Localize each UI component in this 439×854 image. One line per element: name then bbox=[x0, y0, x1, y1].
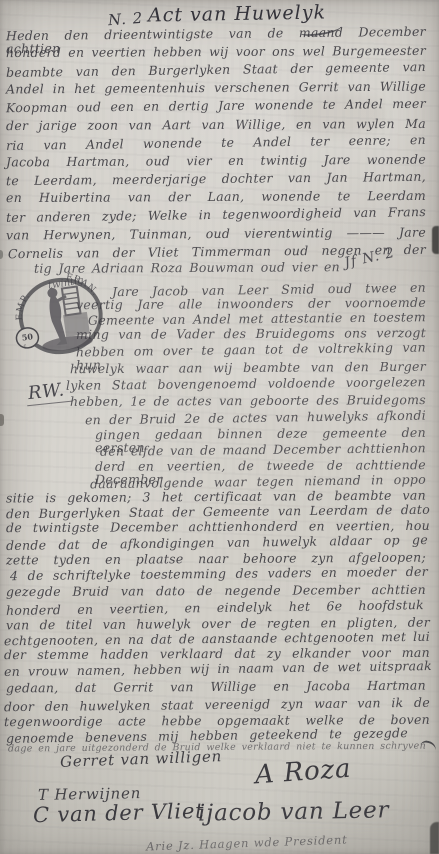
document-line: ter anderen zyde; Welke in tegenwoordigh… bbox=[6, 205, 426, 224]
signature: ijacob van Leer bbox=[198, 797, 390, 826]
document-line: beambte van den Burgerlyken Staat der ge… bbox=[6, 60, 426, 79]
pen-flourish bbox=[419, 739, 438, 756]
document-line: honderd en veertien hebben wij voor ons … bbox=[6, 44, 426, 59]
scan-edge-artifact bbox=[430, 822, 439, 854]
document-line: huwelyk waar aan wij beambte van den Bur… bbox=[70, 360, 426, 375]
document-line: Jacoba Hartman, oud vier en twintig Jare… bbox=[6, 153, 426, 169]
document-line: en Huibertina van der Laan, wonende te L… bbox=[6, 189, 426, 204]
scan-edge-artifact bbox=[0, 250, 3, 259]
marriage-act-document: N. 2 Act van Huwelyk Heden den drieentwi… bbox=[0, 0, 439, 854]
document-line: Andel in het gemeentenhuis verschenen Ge… bbox=[6, 80, 426, 96]
document-line: Gemeente van Andel met attestantie en to… bbox=[88, 310, 426, 327]
document-line: en der Bruid 2e de actes van huwelyks af… bbox=[85, 409, 426, 427]
document-line: gedaan, dat Gerrit van Willige en Jacoba… bbox=[6, 679, 426, 695]
document-line: lyken Staat bovengenoemd voldoende voorg… bbox=[66, 375, 426, 392]
document-line: de twintigste December achttienhonderd e… bbox=[6, 519, 430, 534]
document-title: Act van Huwelyk bbox=[148, 1, 326, 26]
document-line: ming van de Vader des Bruidegoms ons ver… bbox=[76, 326, 426, 341]
document-line: ria van Andel wonende te Andel ter eenre… bbox=[6, 133, 426, 152]
clerk-paraph: RW. bbox=[25, 379, 72, 407]
stamp-denomination: 50 bbox=[21, 331, 34, 343]
signature: Arie Jz. Haagen wde President bbox=[146, 832, 348, 853]
document-line: gezegde Bruid van dato de negende Decemb… bbox=[6, 583, 426, 598]
document-line: der jarige zoon van Aart van Willige, en… bbox=[6, 117, 426, 132]
document-line: van Herwynen, Tuinman, oud vierentwintig… bbox=[6, 226, 426, 242]
document-line: 4 de schriftelyke toestemming des vaders… bbox=[10, 565, 428, 582]
signature: A Roza bbox=[254, 754, 352, 791]
document-line: hebben, 1e de actes van geboorte des Bru… bbox=[70, 393, 426, 408]
scan-edge-artifact bbox=[432, 226, 439, 254]
document-line: te Leerdam, meerderjarige dochter van Ja… bbox=[6, 170, 426, 187]
scan-edge-artifact bbox=[0, 414, 4, 426]
document-line: Koopman oud een en dertig Jare wonende t… bbox=[6, 97, 426, 114]
document-line: en vrouw namen, hebben wij in naam van d… bbox=[4, 659, 432, 678]
document-line: den elfde van de maand December achttien… bbox=[100, 441, 426, 457]
signature: C van der Vliet bbox=[33, 799, 205, 827]
document-line: door den huwelyken staat vereenigd zyn w… bbox=[4, 696, 430, 713]
